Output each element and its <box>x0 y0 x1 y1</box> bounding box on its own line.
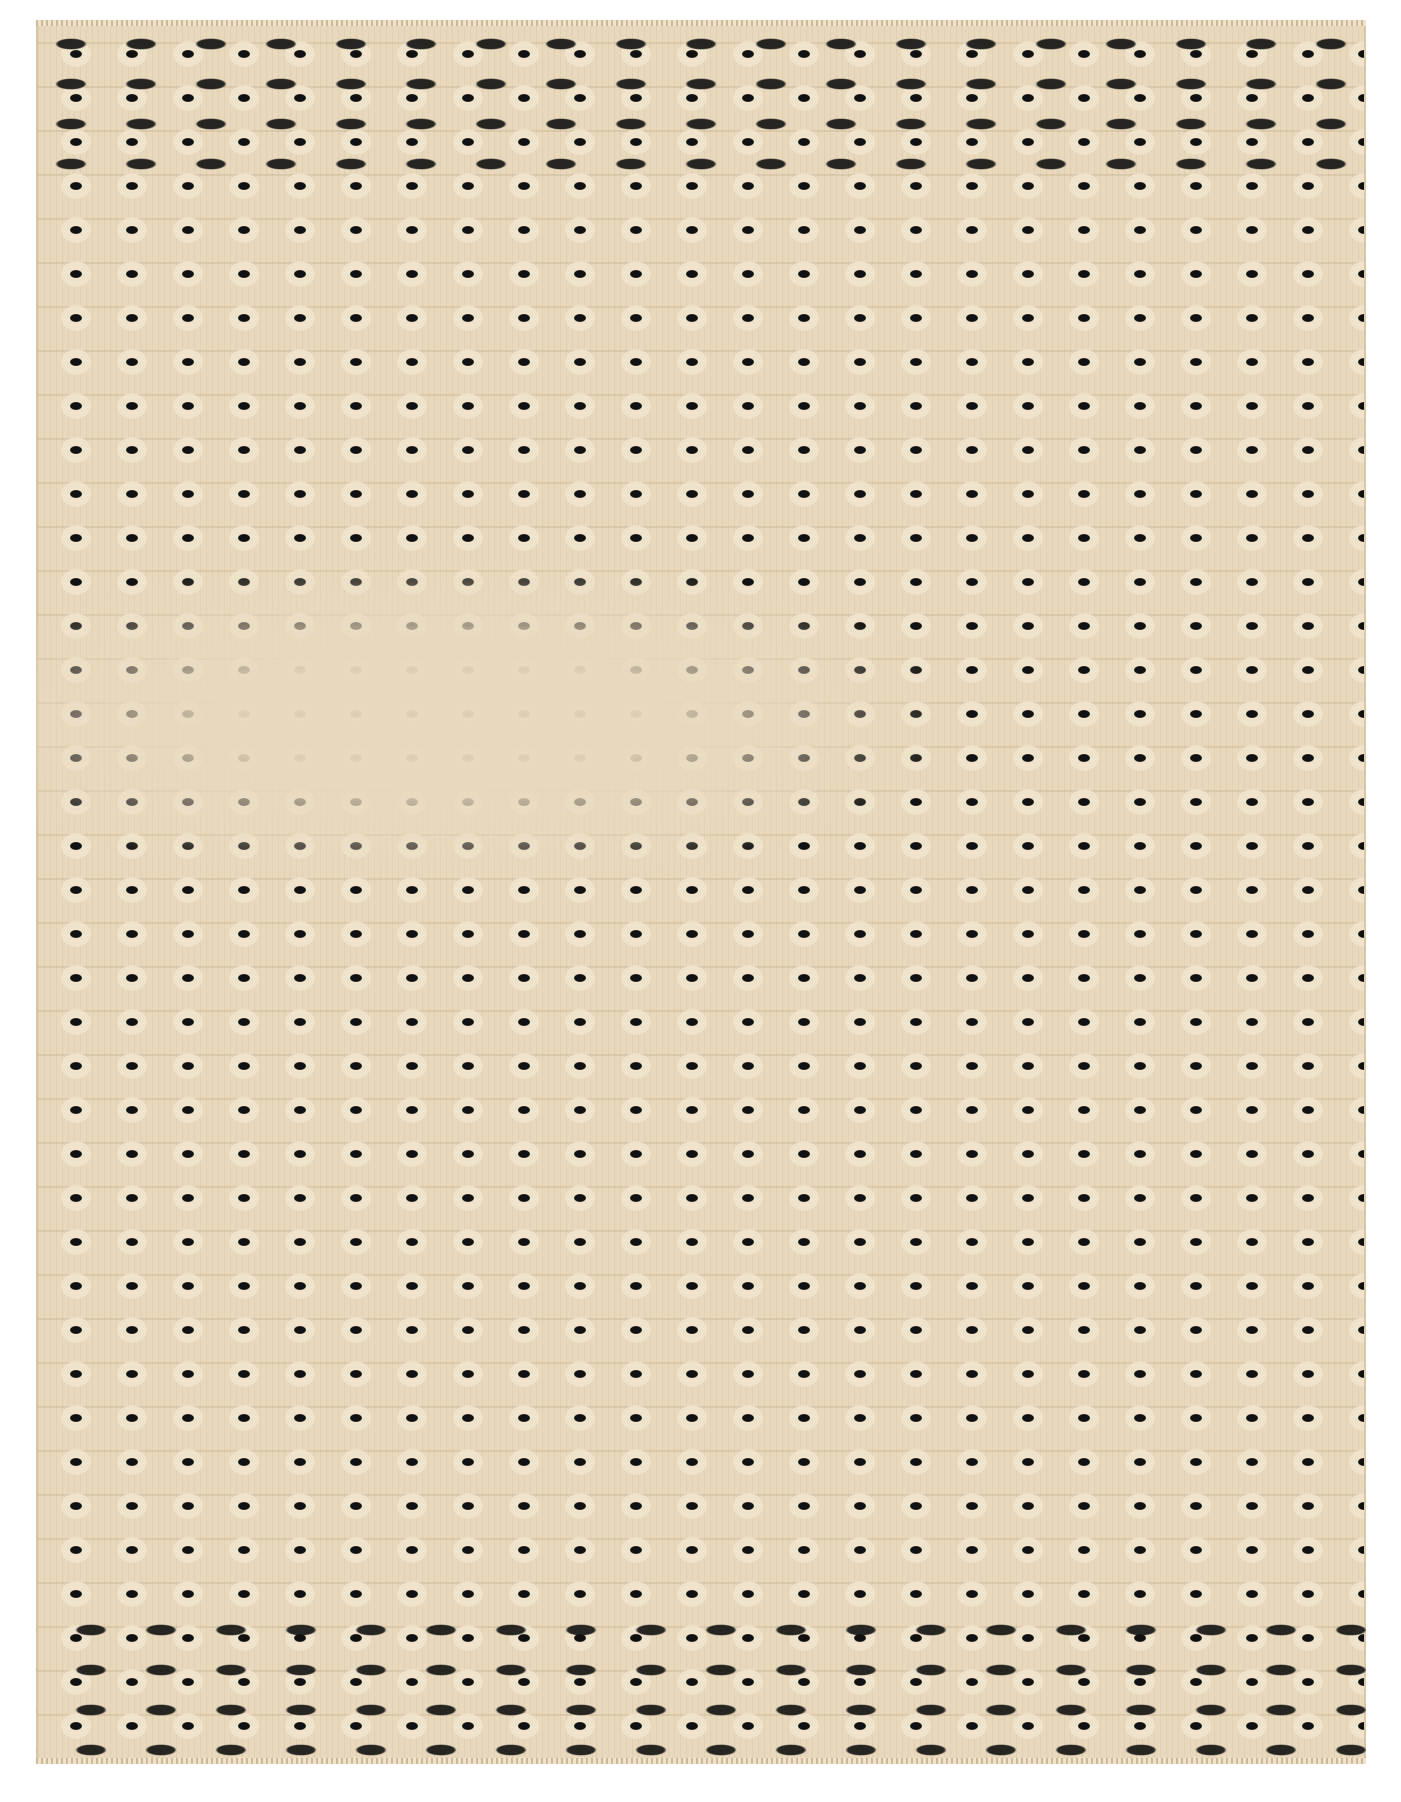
dense-dot-band-bottom <box>36 1600 1366 1760</box>
rug-fringe-top <box>36 20 1366 26</box>
dense-dot-band-top <box>36 24 1366 184</box>
rug-fringe-bottom <box>36 1758 1366 1764</box>
faded-center-area <box>36 560 936 880</box>
rug-photo <box>36 22 1366 1762</box>
